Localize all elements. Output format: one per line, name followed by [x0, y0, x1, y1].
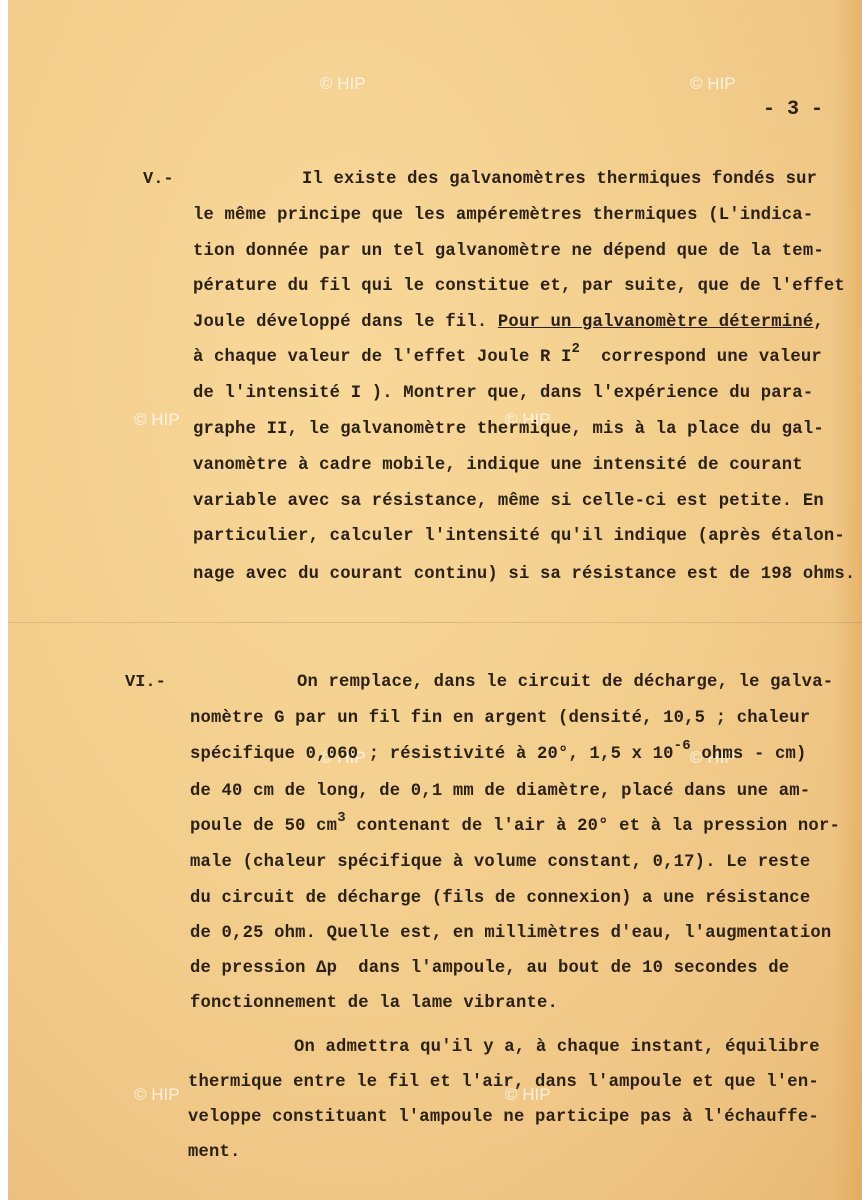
- text-line: du circuit de décharge (fils de connexio…: [190, 889, 810, 908]
- text-line: pérature du fil qui le constitue et, par…: [193, 277, 845, 296]
- text-line: vanomètre à cadre mobile, indique une in…: [193, 456, 803, 475]
- text: Joule développé dans le fil.: [193, 313, 498, 332]
- note-line: veloppe constituant l'ampoule ne partici…: [188, 1108, 819, 1127]
- text: poule de 50 cm: [190, 817, 337, 836]
- text-line: variable avec sa résistance, même si cel…: [193, 492, 824, 511]
- text-line: Joule développé dans le fil. Pour un gal…: [193, 313, 824, 332]
- text-line: de 0,25 ohm. Quelle est, en millimètres …: [190, 924, 831, 943]
- text: ohms - cm): [691, 745, 807, 764]
- section-label: VI.-: [125, 673, 166, 692]
- text: ,: [813, 313, 824, 332]
- text: correspond une valeur: [580, 348, 822, 367]
- paper-fold-line: [8, 622, 862, 623]
- text-line: male (chaleur spécifique à volume consta…: [190, 853, 810, 872]
- watermark: © HIP: [134, 1085, 180, 1105]
- text-line: de pression Δp dans l'ampoule, au bout d…: [190, 959, 789, 978]
- text: à chaque valeur de l'effet Joule R I: [193, 348, 572, 367]
- text-line: à chaque valeur de l'effet Joule R I2 co…: [193, 348, 822, 367]
- text: contenant de l'air à 20° et à la pressio…: [346, 817, 840, 836]
- text-line: de 40 cm de long, de 0,1 mm de diamètre,…: [190, 782, 810, 801]
- text-line: particulier, calculer l'intensité qu'il …: [193, 527, 845, 546]
- text-line: le même principe que les ampéremètres th…: [193, 206, 813, 225]
- text-line: graphe II, le galvanomètre thermique, mi…: [193, 420, 824, 439]
- text-line: poule de 50 cm3 contenant de l'air à 20°…: [190, 817, 840, 836]
- superscript: -6: [674, 738, 691, 754]
- note-line: On admettra qu'il y a, à chaque instant,…: [294, 1038, 820, 1057]
- text-line: nomètre G par un fil fin en argent (dens…: [190, 709, 810, 728]
- watermark: © HIP: [320, 74, 366, 94]
- superscript: 3: [337, 810, 346, 826]
- text-line: de l'intensité I ). Montrer que, dans l'…: [193, 384, 813, 403]
- text-line: tion donnée par un tel galvanomètre ne d…: [193, 242, 824, 261]
- page-number: - 3 -: [763, 98, 823, 121]
- text-line: nage avec du courant continu) si sa rési…: [193, 565, 855, 584]
- underlined-text: Pour un galvanomètre déterminé: [498, 313, 813, 332]
- watermark: © HIP: [690, 74, 736, 94]
- text-line: fonctionnement de la lame vibrante.: [190, 994, 558, 1013]
- superscript: 2: [572, 341, 581, 357]
- watermark: © HIP: [134, 410, 180, 430]
- note-line: ment.: [188, 1143, 241, 1162]
- paper-edge-shade: [832, 0, 862, 1200]
- note-line: thermique entre le fil et l'air, dans l'…: [188, 1073, 819, 1092]
- text-line: Il existe des galvanomètres thermiques f…: [302, 170, 817, 189]
- scan-left-margin: [0, 0, 8, 1200]
- text: spécifique 0,060 ; résistivité à 20°, 1,…: [190, 745, 674, 764]
- section-label: V.-: [143, 170, 174, 189]
- text-line: On remplace, dans le circuit de décharge…: [297, 673, 833, 692]
- text-line: spécifique 0,060 ; résistivité à 20°, 1,…: [190, 745, 807, 764]
